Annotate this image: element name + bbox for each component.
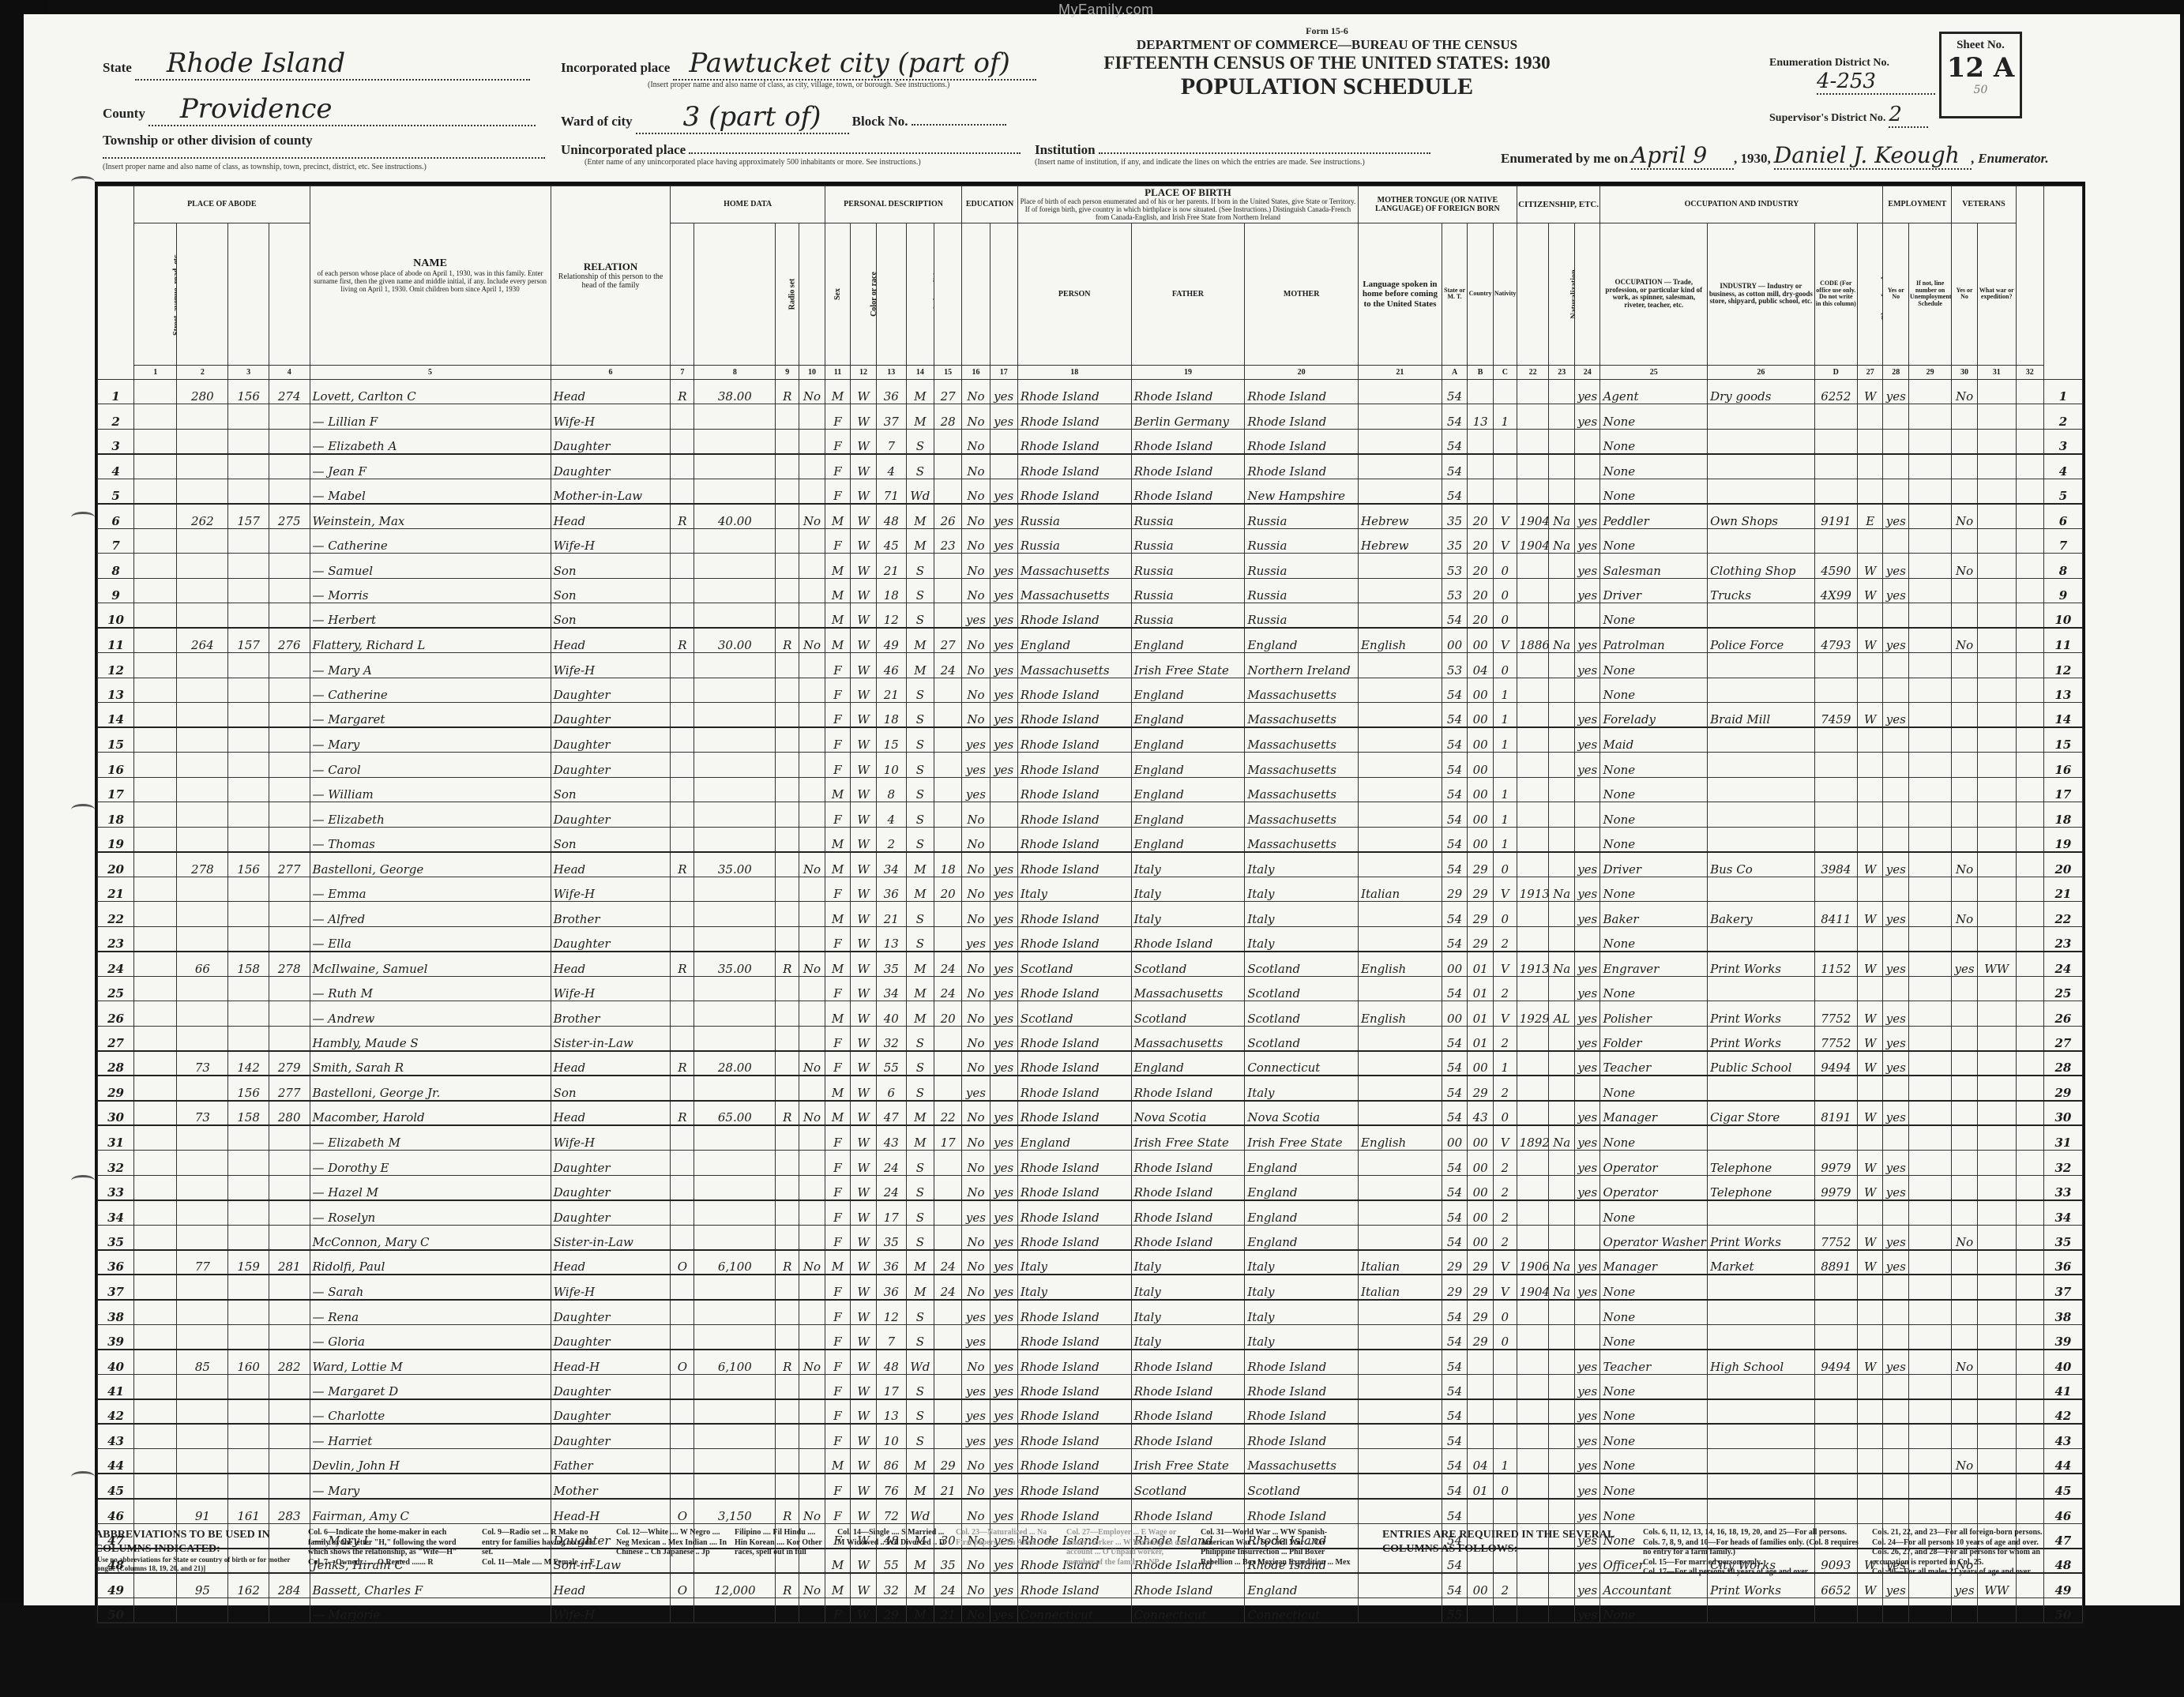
- column-number: 32: [2016, 365, 2043, 379]
- ward-field: Ward of city 3 (part of) Block No.: [561, 101, 1066, 134]
- war-cell: [1977, 802, 2016, 828]
- class-worker-cell: W: [1857, 1175, 1883, 1200]
- occupation-cell: None: [1600, 528, 1708, 554]
- birthplace-mother-cell: Northern Ireland: [1245, 653, 1359, 678]
- code-d-cell: [1814, 926, 1857, 952]
- birthplace-mother-cell: Connecticut: [1245, 1598, 1359, 1624]
- veteran-cell: [1952, 1101, 1978, 1126]
- house-number-cell: [177, 479, 228, 504]
- war-cell: [1977, 1051, 2016, 1076]
- occupation-cell: None: [1600, 1449, 1708, 1474]
- age-cell: 45: [876, 528, 906, 554]
- naturalization-cell: [1549, 454, 1575, 479]
- farm-schedule-cell: [2016, 528, 2043, 554]
- occupation-cell: None: [1600, 1399, 1708, 1425]
- farm-schedule-cell: [2016, 479, 2043, 504]
- marital-cell: M: [906, 1001, 934, 1027]
- abbr-col27: Col. 27—Employer ... E Wage or salary wo…: [1066, 1528, 1193, 1567]
- house-number-cell: 278: [177, 852, 228, 877]
- tenure-cell: [671, 926, 694, 952]
- sex-cell: F: [825, 1324, 851, 1350]
- watermark: MyFamily.com: [1058, 2, 1154, 18]
- employed-cell: [1883, 753, 1909, 778]
- industry-cell: [1708, 479, 1815, 504]
- relation-cell: Son: [551, 578, 671, 603]
- line-number: 32: [98, 1151, 134, 1176]
- unemployment-line-cell: [1909, 1051, 1952, 1076]
- house-number-cell: [177, 554, 228, 579]
- immigration-year-cell: [1517, 1499, 1549, 1524]
- radio-cell: [776, 1399, 799, 1425]
- house-number-cell: [177, 1474, 228, 1499]
- farm-schedule-cell: [2016, 379, 2043, 404]
- english-cell: yes: [1574, 1175, 1600, 1200]
- farm-cell: [799, 1424, 825, 1449]
- occupation-cell: None: [1600, 1200, 1708, 1226]
- column-number: 8: [694, 365, 776, 379]
- sex-cell: M: [825, 777, 851, 802]
- code-c-cell: [1493, 479, 1517, 504]
- naturalization-cell: Na: [1549, 528, 1575, 554]
- enumerated-year: , 1930,: [1734, 151, 1771, 166]
- marital-cell: S: [906, 1151, 934, 1176]
- name-cell: Weinstein, Max: [310, 504, 551, 529]
- farm-schedule-cell: [2016, 1026, 2043, 1051]
- line-number: 18: [98, 802, 134, 828]
- code-b-header: Country: [1468, 223, 1494, 365]
- farm-header: Does this family live on a farm?: [799, 223, 825, 365]
- entries-required-b: Cols. 21, 22, and 23—For all foreign-bor…: [1872, 1528, 2077, 1578]
- occupation-cell: None: [1600, 1300, 1708, 1325]
- name-cell: — Sarah: [310, 1275, 551, 1300]
- tenure-cell: [671, 703, 694, 728]
- code-c-cell: 0: [1493, 603, 1517, 629]
- name-cell: — Emma: [310, 877, 551, 902]
- street-cell: [134, 1225, 177, 1250]
- line-number: 40: [98, 1350, 134, 1375]
- radio-cell: [776, 1424, 799, 1449]
- employed-cell: [1883, 877, 1909, 902]
- code-c-cell: V: [1493, 628, 1517, 653]
- street-cell: [134, 528, 177, 554]
- code-a-cell: 54: [1442, 1324, 1468, 1350]
- radio-cell: R: [776, 379, 799, 404]
- radio-cell: [776, 429, 799, 454]
- naturalization-cell: [1549, 1449, 1575, 1474]
- birthplace-mother-cell: England: [1245, 1225, 1359, 1250]
- street-cell: [134, 379, 177, 404]
- name-cell: — Herbert: [310, 603, 551, 629]
- birthplace-person-cell: Rhode Island: [1017, 1076, 1131, 1101]
- code-b-cell: [1468, 379, 1494, 404]
- unemployment-line-cell: [1909, 653, 1952, 678]
- birthplace-person-cell: Massachusetts: [1017, 653, 1131, 678]
- radio-cell: [776, 902, 799, 927]
- name-cell: — Carol: [310, 753, 551, 778]
- marital-cell: S: [906, 554, 934, 579]
- birthplace-mother-cell: Russia: [1245, 603, 1359, 629]
- punch-hole-icon: [71, 512, 95, 523]
- occupation-cell: Engraver: [1600, 952, 1708, 977]
- birthplace-mother-cell: Nova Scotia: [1245, 1101, 1359, 1126]
- immigration-year-cell: 1886: [1517, 628, 1549, 653]
- marital-cell: M: [906, 379, 934, 404]
- relation-cell: Father: [551, 1449, 671, 1474]
- farm-schedule-cell: [2016, 603, 2043, 629]
- birthplace-mother-cell: Italy: [1245, 1076, 1359, 1101]
- war-cell: WW: [1977, 952, 2016, 977]
- industry-cell: [1708, 727, 1815, 753]
- tenure-cell: [671, 827, 694, 852]
- read-write-cell: yes: [990, 1424, 1017, 1449]
- birthplace-mother-cell: New Hampshire: [1245, 479, 1359, 504]
- code-b-cell: 00: [1468, 1175, 1494, 1200]
- state-field: State Rhode Island: [103, 47, 561, 81]
- read-write-cell: yes: [990, 1449, 1017, 1474]
- line-number: 38: [98, 1300, 134, 1325]
- code-c-cell: 0: [1493, 554, 1517, 579]
- language-cell: [1359, 678, 1442, 703]
- birthplace-father-cell: England: [1131, 727, 1245, 753]
- line-number: 30: [98, 1101, 134, 1126]
- age-cell: 18: [876, 578, 906, 603]
- farm-cell: [799, 1300, 825, 1325]
- unemployment-line-cell: [1909, 678, 1952, 703]
- home-value-cell: [694, 877, 776, 902]
- industry-cell: High School: [1708, 1350, 1815, 1375]
- farm-cell: [799, 1151, 825, 1176]
- age-marriage-cell: [934, 727, 962, 753]
- immigration-year-cell: 1913: [1517, 952, 1549, 977]
- code-c-cell: [1493, 1399, 1517, 1425]
- read-write-cell: yes: [990, 578, 1017, 603]
- industry-cell: [1708, 404, 1815, 430]
- class-worker-cell: W: [1857, 952, 1883, 977]
- age-cell: 12: [876, 603, 906, 629]
- immigration-year-cell: [1517, 1101, 1549, 1126]
- school-cell: No: [962, 653, 990, 678]
- code-d-cell: 8191: [1814, 1101, 1857, 1126]
- house-number-cell: 77: [177, 1250, 228, 1275]
- employed-cell: [1883, 727, 1909, 753]
- read-write-cell: yes: [990, 1101, 1017, 1126]
- class-worker-cell: W: [1857, 379, 1883, 404]
- farm-cell: No: [799, 379, 825, 404]
- code-c-cell: V: [1493, 952, 1517, 977]
- employed-cell: yes: [1883, 952, 1909, 977]
- english-cell: yes: [1574, 653, 1600, 678]
- birthplace-mother-cell: Rhode Island: [1245, 429, 1359, 454]
- sheet-value: 12 A: [1942, 52, 2020, 84]
- veteran-cell: [1952, 777, 1978, 802]
- immigration-year-cell: [1517, 1399, 1549, 1425]
- veteran-cell: [1952, 1125, 1978, 1151]
- school-cell: No: [962, 504, 990, 529]
- birthplace-mother-cell: Rhode Island: [1245, 1399, 1359, 1425]
- farm-cell: [799, 1200, 825, 1226]
- birthplace-mother-cell: Massachusetts: [1245, 777, 1359, 802]
- class-worker-cell: [1857, 1399, 1883, 1425]
- occupation-cell: Baker: [1600, 902, 1708, 927]
- class-worker-cell: W: [1857, 902, 1883, 927]
- house-number-cell: [177, 603, 228, 629]
- family-number-cell: [269, 1374, 310, 1399]
- line-number: 44: [98, 1449, 134, 1474]
- street-cell: [134, 1474, 177, 1499]
- war-cell: [1977, 1424, 2016, 1449]
- marital-cell: S: [906, 727, 934, 753]
- language-header: Language spoken in home before coming to…: [1359, 223, 1442, 365]
- age-cell: 72: [876, 1499, 906, 1524]
- relation-cell: Son: [551, 603, 671, 629]
- table-row: 23— EllaDaughterFW13SyesyesRhode IslandR…: [98, 926, 2083, 952]
- unemployment-line-cell: [1909, 802, 1952, 828]
- name-cell: — Charlotte: [310, 1399, 551, 1425]
- code-b-cell: [1468, 454, 1494, 479]
- line-number-right: 42: [2043, 1399, 2082, 1425]
- tenure-cell: R: [671, 1051, 694, 1076]
- home-value-cell: [694, 479, 776, 504]
- code-d-cell: [1814, 1424, 1857, 1449]
- code-c-cell: [1493, 1424, 1517, 1449]
- age-cell: 17: [876, 1374, 906, 1399]
- institution-field: Institution (Insert name of institution,…: [1035, 142, 1477, 167]
- immigration-year-cell: [1517, 1026, 1549, 1051]
- column-number: 16: [962, 365, 990, 379]
- school-cell: No: [962, 429, 990, 454]
- radio-cell: [776, 504, 799, 529]
- dwelling-number-cell: [228, 1151, 269, 1176]
- code-c-cell: 2: [1493, 1175, 1517, 1200]
- birthplace-father-cell: Rhode Island: [1131, 926, 1245, 952]
- sex-cell: F: [825, 1598, 851, 1624]
- race-cell: W: [851, 454, 877, 479]
- table-row: 19— ThomasSonMW2SNoRhode IslandEnglandMa…: [98, 827, 2083, 852]
- veteran-cell: [1952, 653, 1978, 678]
- family-number-cell: [269, 1200, 310, 1226]
- read-write-cell: yes: [990, 1225, 1017, 1250]
- code-a-cell: 54: [1442, 1399, 1468, 1425]
- code-b-cell: 20: [1468, 528, 1494, 554]
- table-row: 37— SarahWife-HFW36M24NoyesItalyItalyIta…: [98, 1275, 2083, 1300]
- code-a-cell: 54: [1442, 454, 1468, 479]
- immigration-year-cell: [1517, 902, 1549, 927]
- code-b-cell: 29: [1468, 1250, 1494, 1275]
- unemployment-line-cell: [1909, 1001, 1952, 1027]
- veteran-cell: [1952, 1001, 1978, 1027]
- unemployment-line-cell: [1909, 753, 1952, 778]
- occupation-cell: Salesman: [1600, 554, 1708, 579]
- english-cell: [1574, 678, 1600, 703]
- unemployment-line-cell: [1909, 1275, 1952, 1300]
- code-a-cell: 54: [1442, 1474, 1468, 1499]
- family-number-cell: [269, 1474, 310, 1499]
- class-worker-cell: [1857, 653, 1883, 678]
- naturalization-cell: [1549, 1225, 1575, 1250]
- code-a-cell: 00: [1442, 1125, 1468, 1151]
- war-cell: [1977, 1350, 2016, 1375]
- code-c-cell: V: [1493, 504, 1517, 529]
- line-number-right: 38: [2043, 1300, 2082, 1325]
- marital-cell: Wd: [906, 1350, 934, 1375]
- birthplace-person-cell: Rhode Island: [1017, 1474, 1131, 1499]
- sex-cell: F: [825, 1151, 851, 1176]
- class-worker-cell: W: [1857, 852, 1883, 877]
- sex-cell: F: [825, 1424, 851, 1449]
- home-value-cell: [694, 926, 776, 952]
- home-value-cell: [694, 1598, 776, 1624]
- radio-cell: R: [776, 1350, 799, 1375]
- table-row: 35McConnon, Mary CSister-in-LawFW35SNoye…: [98, 1225, 2083, 1250]
- name-cell: — Roselyn: [310, 1200, 551, 1226]
- family-number-cell: 282: [269, 1350, 310, 1375]
- farm-cell: [799, 678, 825, 703]
- industry-cell: [1708, 827, 1815, 852]
- street-header: Street, avenue, road, etc.: [134, 223, 177, 365]
- farm-schedule-cell: [2016, 976, 2043, 1001]
- dwelling-number-cell: [228, 1449, 269, 1474]
- name-cell: — Mary A: [310, 653, 551, 678]
- birthplace-mother-cell: Italy: [1245, 1324, 1359, 1350]
- code-b-cell: 01: [1468, 952, 1494, 977]
- home-value-cell: 65.00: [694, 1101, 776, 1126]
- birthplace-mother-cell: Italy: [1245, 1300, 1359, 1325]
- column-number: 29: [1909, 365, 1952, 379]
- war-cell: [1977, 429, 2016, 454]
- war-cell: [1977, 1026, 2016, 1051]
- tenure-cell: O: [671, 1499, 694, 1524]
- class-worker-cell: [1857, 1125, 1883, 1151]
- farm-schedule-cell: [2016, 926, 2043, 952]
- school-cell: No: [962, 479, 990, 504]
- school-cell: No: [962, 678, 990, 703]
- line-number-right: 4: [2043, 454, 2082, 479]
- code-c-cell: 0: [1493, 1474, 1517, 1499]
- industry-cell: Print Works: [1708, 952, 1815, 977]
- tenure-cell: [671, 678, 694, 703]
- code-a-cell: 54: [1442, 802, 1468, 828]
- house-number-cell: [177, 653, 228, 678]
- birthplace-mother-cell: Rhode Island: [1245, 1499, 1359, 1524]
- dwelling-number-cell: [228, 1225, 269, 1250]
- column-number: 18: [1017, 365, 1131, 379]
- code-b-cell: [1468, 1399, 1494, 1425]
- home-value-cell: [694, 1399, 776, 1425]
- war-cell: [1977, 1399, 2016, 1425]
- code-c-cell: 2: [1493, 1076, 1517, 1101]
- read-write-cell: yes: [990, 628, 1017, 653]
- code-d-cell: 7752: [1814, 1001, 1857, 1027]
- marital-cell: S: [906, 777, 934, 802]
- name-cell: — Margaret: [310, 703, 551, 728]
- code-c-cell: 1: [1493, 827, 1517, 852]
- war-cell: [1977, 976, 2016, 1001]
- code-c-cell: 1: [1493, 404, 1517, 430]
- block-label: Block No.: [852, 114, 908, 129]
- sex-cell: F: [825, 429, 851, 454]
- english-cell: yes: [1574, 1374, 1600, 1399]
- language-cell: Italian: [1359, 877, 1442, 902]
- abbr-col12-other: Filipino .... Fil Hindu .... Hin Korean …: [735, 1528, 829, 1558]
- war-cell: [1977, 554, 2016, 579]
- employed-cell: yes: [1883, 578, 1909, 603]
- code-c-cell: V: [1493, 1250, 1517, 1275]
- immigration-year-cell: [1517, 1076, 1549, 1101]
- employed-cell: [1883, 454, 1909, 479]
- line-number: 35: [98, 1225, 134, 1250]
- tenure-cell: [671, 877, 694, 902]
- naturalization-cell: Na: [1549, 877, 1575, 902]
- relation-cell: Head: [551, 952, 671, 977]
- war-cell: [1977, 926, 2016, 952]
- race-cell: W: [851, 976, 877, 1001]
- sex-cell: F: [825, 479, 851, 504]
- mother-tongue-header: MOTHER TONGUE (OR NATIVE LANGUAGE) OF FO…: [1359, 186, 1517, 223]
- farm-cell: [799, 1449, 825, 1474]
- street-cell: [134, 926, 177, 952]
- english-cell: yes: [1574, 1151, 1600, 1176]
- birthplace-person-cell: Rhode Island: [1017, 802, 1131, 828]
- industry-cell: [1708, 1399, 1815, 1425]
- code-d-cell: [1814, 1275, 1857, 1300]
- education-header: EDUCATION: [962, 186, 1018, 223]
- read-write-cell: yes: [990, 1598, 1017, 1624]
- employed-cell: yes: [1883, 1026, 1909, 1051]
- industry-cell: Own Shops: [1708, 504, 1815, 529]
- farm-schedule-cell: [2016, 1449, 2043, 1474]
- relation-cell: Son: [551, 1076, 671, 1101]
- table-row: 2— Lillian FWife-HFW37M28NoyesRhode Isla…: [98, 404, 2083, 430]
- line-number-right: 20: [2043, 852, 2082, 877]
- language-cell: Italian: [1359, 1275, 1442, 1300]
- unemployment-line-cell: [1909, 902, 1952, 927]
- occupation-cell: Driver: [1600, 578, 1708, 603]
- name-cell: — Mary: [310, 727, 551, 753]
- naturalization-cell: [1549, 1151, 1575, 1176]
- code-a-cell: 54: [1442, 753, 1468, 778]
- war-cell: [1977, 1499, 2016, 1524]
- code-a-cell: 54: [1442, 429, 1468, 454]
- school-header: Attended school or college any time sinc…: [962, 223, 990, 365]
- punch-hole-icon: [71, 1175, 95, 1186]
- read-write-cell: yes: [990, 877, 1017, 902]
- age-cell: 36: [876, 1250, 906, 1275]
- code-c-cell: V: [1493, 1275, 1517, 1300]
- line-number-right: 44: [2043, 1449, 2082, 1474]
- code-b-cell: 04: [1468, 653, 1494, 678]
- veteran-cell: [1952, 1250, 1978, 1275]
- school-cell: No: [962, 404, 990, 430]
- unemployment-line-cell: [1909, 1324, 1952, 1350]
- tenure-cell: [671, 902, 694, 927]
- tenure-cell: R: [671, 852, 694, 877]
- race-cell: W: [851, 1300, 877, 1325]
- code-b-cell: 00: [1468, 802, 1494, 828]
- read-write-cell: [990, 454, 1017, 479]
- house-number-cell: 73: [177, 1051, 228, 1076]
- code-d-header: CODE (For office use only. Do not write …: [1814, 223, 1857, 365]
- naturalization-header: Naturalization: [1549, 223, 1575, 365]
- farm-cell: [799, 479, 825, 504]
- employed-cell: [1883, 1300, 1909, 1325]
- school-cell: No: [962, 1250, 990, 1275]
- age-marriage-cell: [934, 554, 962, 579]
- immigration-year-cell: [1517, 603, 1549, 629]
- marital-cell: S: [906, 902, 934, 927]
- radio-cell: [776, 554, 799, 579]
- dwelling-number-cell: 157: [228, 504, 269, 529]
- code-c-cell: 1: [1493, 1051, 1517, 1076]
